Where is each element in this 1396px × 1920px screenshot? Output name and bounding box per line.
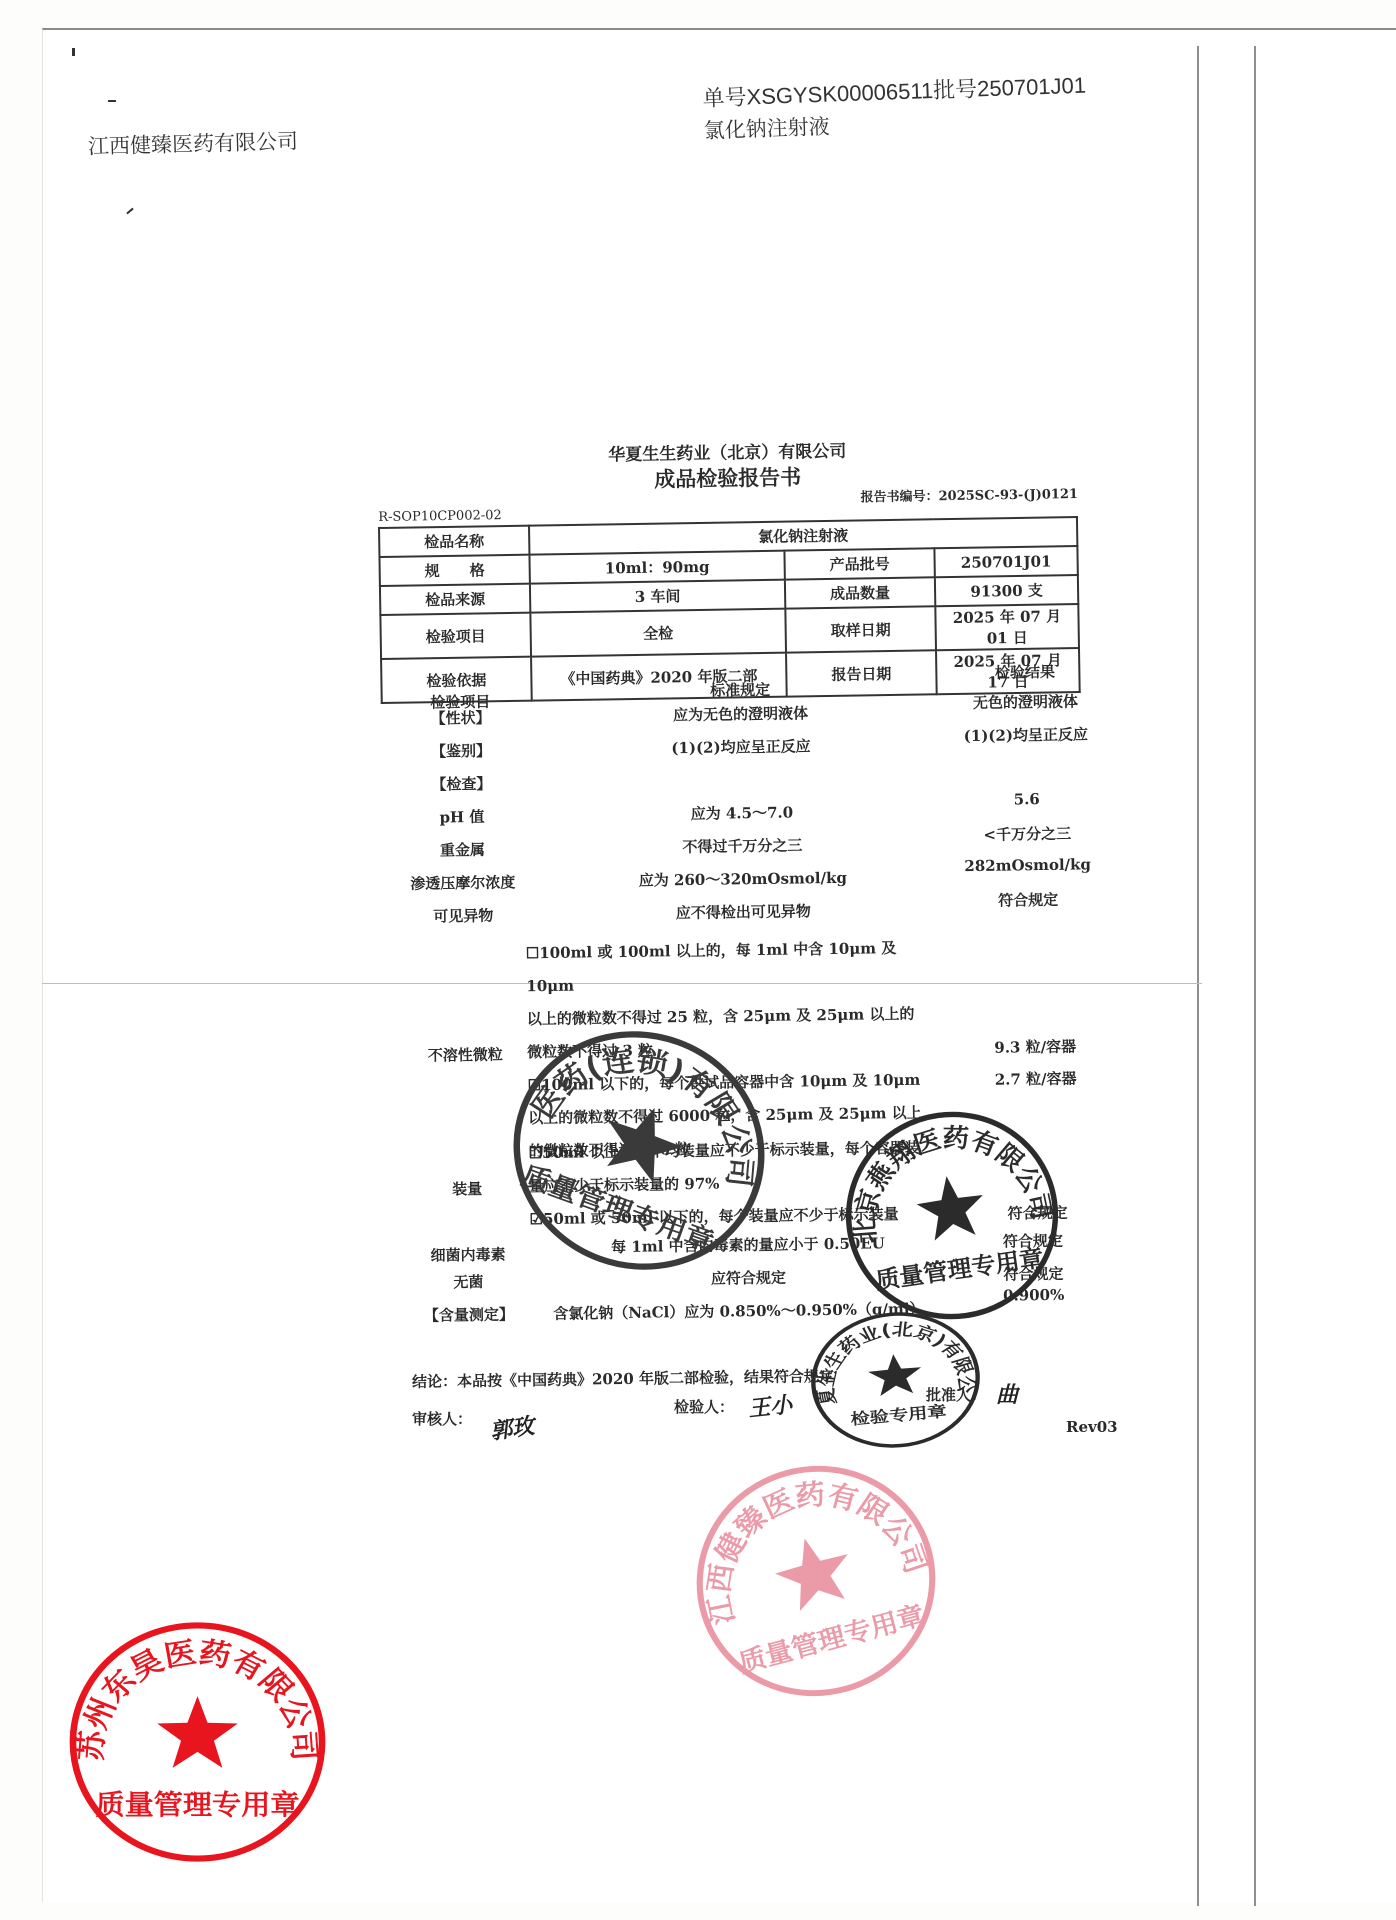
result-item: pH 值 [402, 805, 522, 828]
result-item: 可见异物 [403, 904, 523, 927]
result-item: 不溶性微粒 [405, 1043, 525, 1066]
result-standard: 应为 260～320mOsmol/kg [533, 865, 953, 892]
result-value: 282mOsmol/kg [943, 855, 1113, 875]
inspector-signature: 王小 [747, 1388, 794, 1423]
result-value: 无色的澄明液体 [940, 690, 1110, 713]
result-standard: 应为 4.5～7.0 [532, 799, 952, 826]
result-item: 渗透压摩尔浓度 [403, 871, 523, 894]
result-item: 无菌 [408, 1270, 528, 1293]
result-value: 符合规定 [943, 888, 1113, 911]
result-standard: (1)(2)均应呈正反应 [531, 733, 951, 760]
report-number-label: 报告书编号： [860, 489, 938, 505]
value-cell: 91300 支 [935, 575, 1078, 606]
standard-line: ☐100ml 或 100ml 以上的，每 1ml 中含 10μm 及 10μm [526, 931, 947, 1003]
value-cell: 10ml：90mg [529, 551, 784, 584]
result-item: 【检查】 [401, 772, 521, 795]
result-value: 2.7 粒/容器 [966, 1067, 1106, 1090]
label-cell: 检品来源 [380, 584, 530, 615]
result-item: 细菌内毒素 [408, 1243, 528, 1266]
value-cell: 3 车间 [530, 580, 785, 613]
approver-signature: 曲 [996, 1378, 1018, 1409]
report-number: 报告书编号：2025SC-93-(J)0121 [860, 483, 1078, 505]
label-cell: 检品名称 [379, 526, 529, 557]
scan-speck [108, 100, 116, 102]
inspector-label: 检验人： [674, 1396, 734, 1417]
result-item: 【鉴别】 [401, 739, 521, 762]
beijing-qa-stamp: 北京燕翔医药有限公司质量管理专用章 [828, 1094, 1076, 1338]
result-standard: 应不得检出可见异物 [533, 898, 953, 925]
scan-speck [72, 48, 75, 56]
page-divider-line [1197, 46, 1199, 1906]
svg-text:质量管理专用章: 质量管理专用章 [96, 1789, 300, 1821]
label-cell: 规 格 [379, 555, 529, 586]
value-cell: 2025 年 07 月 01 日 [935, 604, 1079, 650]
order-header: 单号XSGYSK00006511批号250701J01 氯化钠注射液 [702, 69, 1088, 145]
result-value: 9.3 粒/容器 [965, 1035, 1105, 1058]
label-cell: 取样日期 [785, 606, 936, 652]
label-cell: 检验项目 [380, 613, 531, 659]
receiver-company: 江西健臻医药有限公司 [88, 125, 299, 160]
result-value: (1)(2)均呈正反应 [941, 723, 1111, 746]
reviewer-label: 审核人： [412, 1408, 472, 1429]
revision-code: Rev03 [1066, 1418, 1118, 1436]
result-standard: 应为无色的澄明液体 [530, 700, 950, 727]
report-number-value: 2025SC-93-(J)0121 [938, 487, 1078, 504]
label-cell: 成品数量 [785, 577, 935, 608]
result-item: 【性状】 [400, 706, 520, 729]
result-item: 重金属 [402, 838, 522, 861]
result-standard: 不得过千万分之三 [532, 832, 952, 859]
results-list: 【性状】应为无色的澄明液体无色的澄明液体【鉴别】(1)(2)均应呈正反应(1)(… [400, 698, 1123, 939]
column-header-standard: 标准规定 [530, 676, 950, 703]
page-divider-line [1254, 46, 1256, 1906]
svg-text:质量管理专用章: 质量管理专用章 [518, 1159, 719, 1258]
form-number: R-SOP10CP002-02 [378, 508, 502, 525]
reviewer-signature: 郭玫 [488, 1409, 536, 1446]
svg-text:质量管理专用章: 质量管理专用章 [874, 1244, 1046, 1295]
value-cell: 250701J01 [934, 546, 1077, 577]
column-header-result: 检验结果 [940, 660, 1110, 683]
svg-text:质量管理专用章: 质量管理专用章 [735, 1599, 928, 1679]
result-value: 5.6 [942, 789, 1112, 809]
value-cell: 全检 [530, 609, 786, 657]
result-value: <千万分之三 [942, 822, 1112, 845]
svg-text:检验专用章: 检验专用章 [850, 1402, 948, 1429]
suzhou-qa-stamp: 苏州东昊医药有限公司质量管理专用章 [65, 1618, 330, 1866]
label-cell: 产品批号 [784, 548, 934, 579]
